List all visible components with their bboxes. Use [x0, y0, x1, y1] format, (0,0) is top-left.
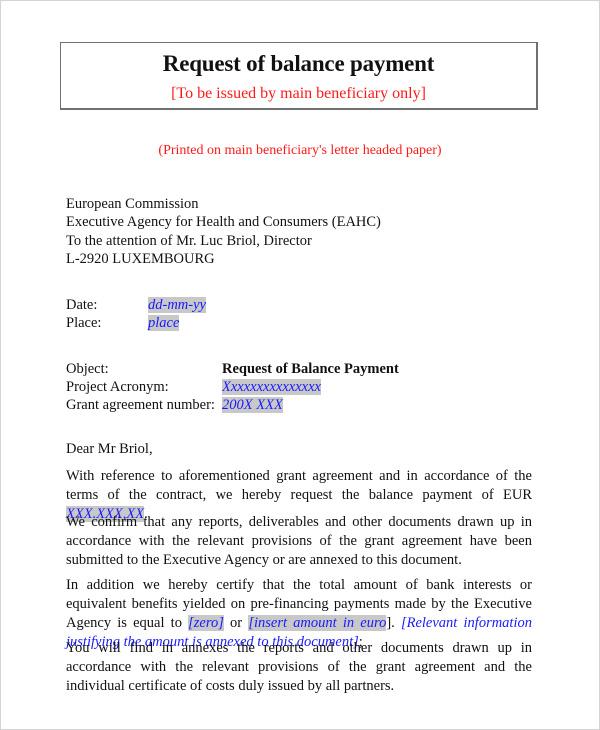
insert-amount-placeholder[interactable]: [insert amount in euro [248, 615, 386, 631]
address-line-1: European Commission [66, 195, 199, 213]
address-line-2: Executive Agency for Health and Consumer… [66, 213, 381, 231]
project-acronym-label: Project Acronym: [66, 378, 169, 396]
document-subtitle: [To be issued by main beneficiary only] [61, 84, 536, 104]
paragraph-1-text: With reference to aforementioned grant a… [66, 468, 532, 503]
zero-placeholder[interactable]: [zero] [188, 615, 224, 631]
address-line-4: L-2920 LUXEMBOURG [66, 250, 215, 268]
grant-number-value[interactable]: 200X XXX [222, 397, 283, 413]
date-value[interactable]: dd-mm-yy [148, 297, 206, 313]
object-value: Request of Balance Payment [222, 360, 399, 378]
title-box: Request of balance payment [To be issued… [60, 42, 538, 110]
paragraph-3-or: or [224, 615, 248, 631]
paragraph-annexes: You will find in annexes the reports and… [66, 639, 532, 696]
document-title: Request of balance payment [61, 50, 536, 78]
paragraph-confirmation: We confirm that any reports, deliverable… [66, 513, 532, 570]
paragraph-3-bracket: ]. [386, 615, 401, 631]
place-label: Place: [66, 314, 101, 332]
grant-number-label: Grant agreement number: [66, 396, 215, 414]
printed-note: (Printed on main beneficiary's letter he… [0, 143, 600, 159]
address-line-3: To the attention of Mr. Luc Briol, Direc… [66, 232, 312, 250]
project-acronym-value[interactable]: Xxxxxxxxxxxxxxx [222, 379, 321, 395]
date-label: Date: [66, 296, 97, 314]
place-value[interactable]: place [148, 315, 179, 331]
object-label: Object: [66, 360, 109, 378]
salutation: Dear Mr Briol, [66, 440, 153, 458]
